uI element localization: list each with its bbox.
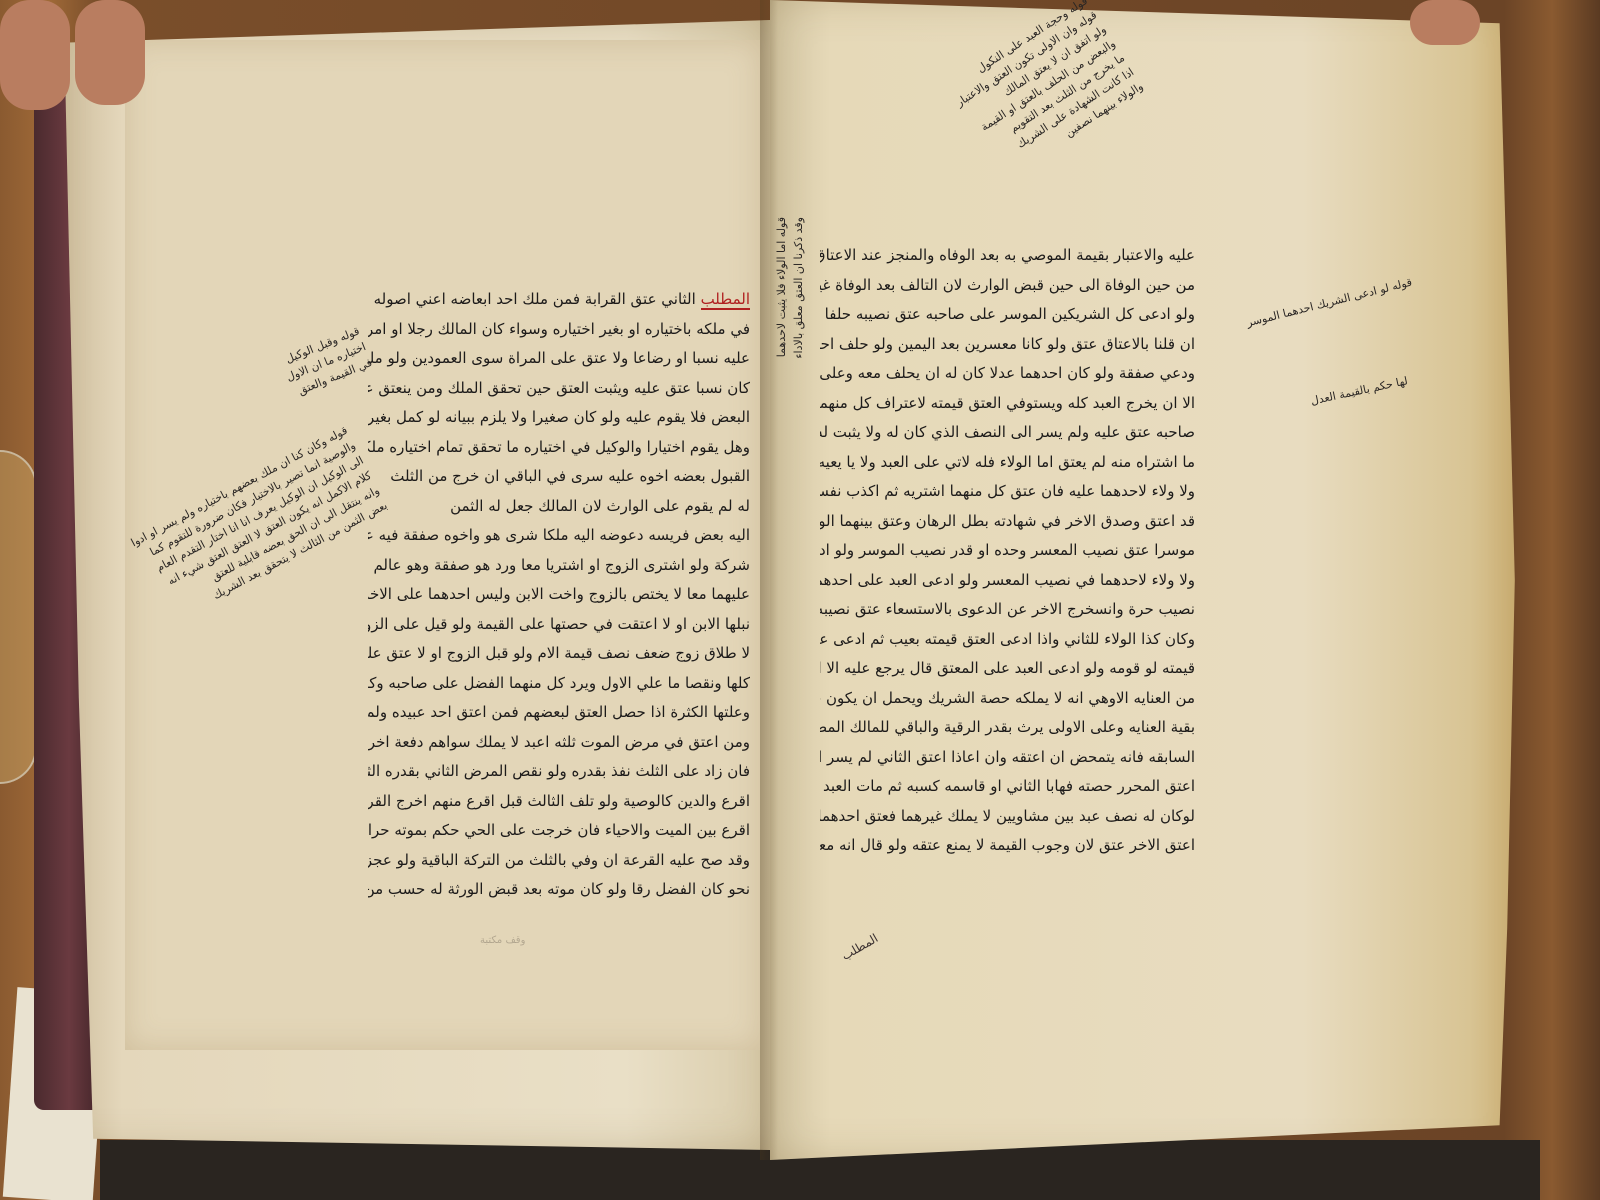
text-line: السابقه فانه يتمحض ان اعتقه وان اعاذا اع… (820, 742, 1195, 772)
text-line: وقد صح عليه القرعة ان وفي بالثلث من التر… (368, 846, 750, 876)
text-line: لوكان له نصف عبد بين مشاويين لا يملك غير… (820, 801, 1195, 831)
text-line: الا ان يخرج العبد كله ويستوفي العتق قيمت… (820, 388, 1195, 418)
text-line: ومن اعتق في مرض الموت ثلثه اعبد لا يملك … (368, 728, 750, 758)
text-line: نحو كان الفضل رقا ولو كان موته بعد قبض ا… (368, 875, 750, 905)
text-line: اقرع والدين كالوصية ولو تلف الثالث قبل ا… (368, 787, 750, 817)
text-line: موسرا عتق نصيب المعسر وحده او قدر نصيب ا… (820, 535, 1195, 565)
text-line: فان زاد على الثلث نفذ بقدره ولو نقص المر… (368, 757, 750, 787)
text-line: ولا ولاء لاحدهما في نصيب المعسر ولو ادعى… (820, 565, 1195, 595)
text-line: وعلتها الكثرة اذا حصل العتق لبعضهم فمن ا… (368, 698, 750, 728)
text-line: من العنايه الاوهي انه لا يملكه حصة الشري… (820, 683, 1195, 713)
text-line: البعض فلا يقوم عليه ولو كان صغيرا ولا يل… (368, 403, 750, 433)
text-line: ان قلنا بالاعتاق عتق ولو كانا معسرين بعد… (820, 329, 1195, 359)
left-page-main-text: المطلب الثاني عتق القرابة فمن ملك احد اب… (368, 285, 750, 905)
text-line: عليهما معا لا يختص بالزوج واخت الابن ولي… (368, 580, 750, 610)
hand-finger (75, 0, 145, 105)
text-line: قد اعتق وصدق الاخر في شهادته بطل الرهان … (820, 506, 1195, 536)
text-line: القبول بعضه اخوه عليه سرى في الباقي ان خ… (368, 462, 750, 492)
rubric-heading: المطلب (701, 290, 750, 310)
text-line: شركة ولو اشترى الزوج او اشتريا معا ورد ه… (368, 551, 750, 581)
text-line: وكان كذا الولاء للثاني واذا ادعى العتق ق… (820, 624, 1195, 654)
text-line: له لم يقوم على الوارث لان المالك جعل له … (368, 492, 750, 522)
text-line: اعتق الاخر عتق لان وجوب القيمة لا يمنع ع… (820, 830, 1195, 860)
hand-finger (0, 0, 70, 110)
text-line: صاحبه عتق عليه ولم يسر الى النصف الذي كا… (820, 417, 1195, 447)
text-line: وهل يقوم اختيارا والوكيل في اختياره ما ت… (368, 433, 750, 463)
text-line: ولو ادعى كل الشريكين الموسر على صاحبه عت… (820, 299, 1195, 329)
text-line: لا طلاق زوج ضعف نصف قيمة الام ولو قبل ال… (368, 639, 750, 669)
text-line: ما اشتراه منه لم يعتق اما الولاء فله لات… (820, 447, 1195, 477)
hand-finger (1410, 0, 1480, 45)
faint-library-stamp: وقف مكتبة (480, 935, 525, 946)
text-line: بقية العنايه وعلى الاولى يرث بقدر الرقية… (820, 712, 1195, 742)
text-line: ودعي صفقة ولو كان احدهما عدلا كان له ان … (820, 358, 1195, 388)
right-page-main-text: عليه والاعتبار بقيمة الموصي به بعد الوفا… (820, 240, 1195, 860)
text-line: في ملكه باختياره او بغير اختياره وسواء ك… (368, 315, 750, 345)
text-line: المطلب الثاني عتق القرابة فمن ملك احد اب… (368, 285, 750, 315)
text-line: ولا ولاء لاحدهما عليه فان عتق كل منهما ا… (820, 476, 1195, 506)
text-line: من حين الوفاة الى حين قبض الوارث لان الت… (820, 270, 1195, 300)
right-vertical-marginal-notes: قوله اما الولاء فلا يثبت لاحدهما وقد ذكر… (773, 217, 807, 517)
text-line: اقرع بين الميت والاحياء فان خرجت على الح… (368, 816, 750, 846)
glass-dish (0, 450, 37, 784)
text-line: قيمته لو قومه ولو ادعى العبد على المعتق … (820, 653, 1195, 683)
text-line: اعتق المحرر حصته فهابا الثاني او قاسمه ك… (820, 771, 1195, 801)
text-line: نصيب حرة وانسخرج الاخر عن الدعوى بالاستس… (820, 594, 1195, 624)
book-gutter (760, 0, 778, 1160)
text-line: كلها ونقصا ما علي الاول ويرد كل منهما ال… (368, 669, 750, 699)
text-line: اليه بعض فريسه دعوضه اليه ملكا شرى هو وا… (368, 521, 750, 551)
text-line: نبلها الابن او لا اعتقت في حصتها على الق… (368, 610, 750, 640)
text-line: كان نسبا عتق عليه ويثبت العتق حين تحقق ا… (368, 374, 750, 404)
text-line: عليه نسبا او رضاعا ولا عتق على المراة سو… (368, 344, 750, 374)
